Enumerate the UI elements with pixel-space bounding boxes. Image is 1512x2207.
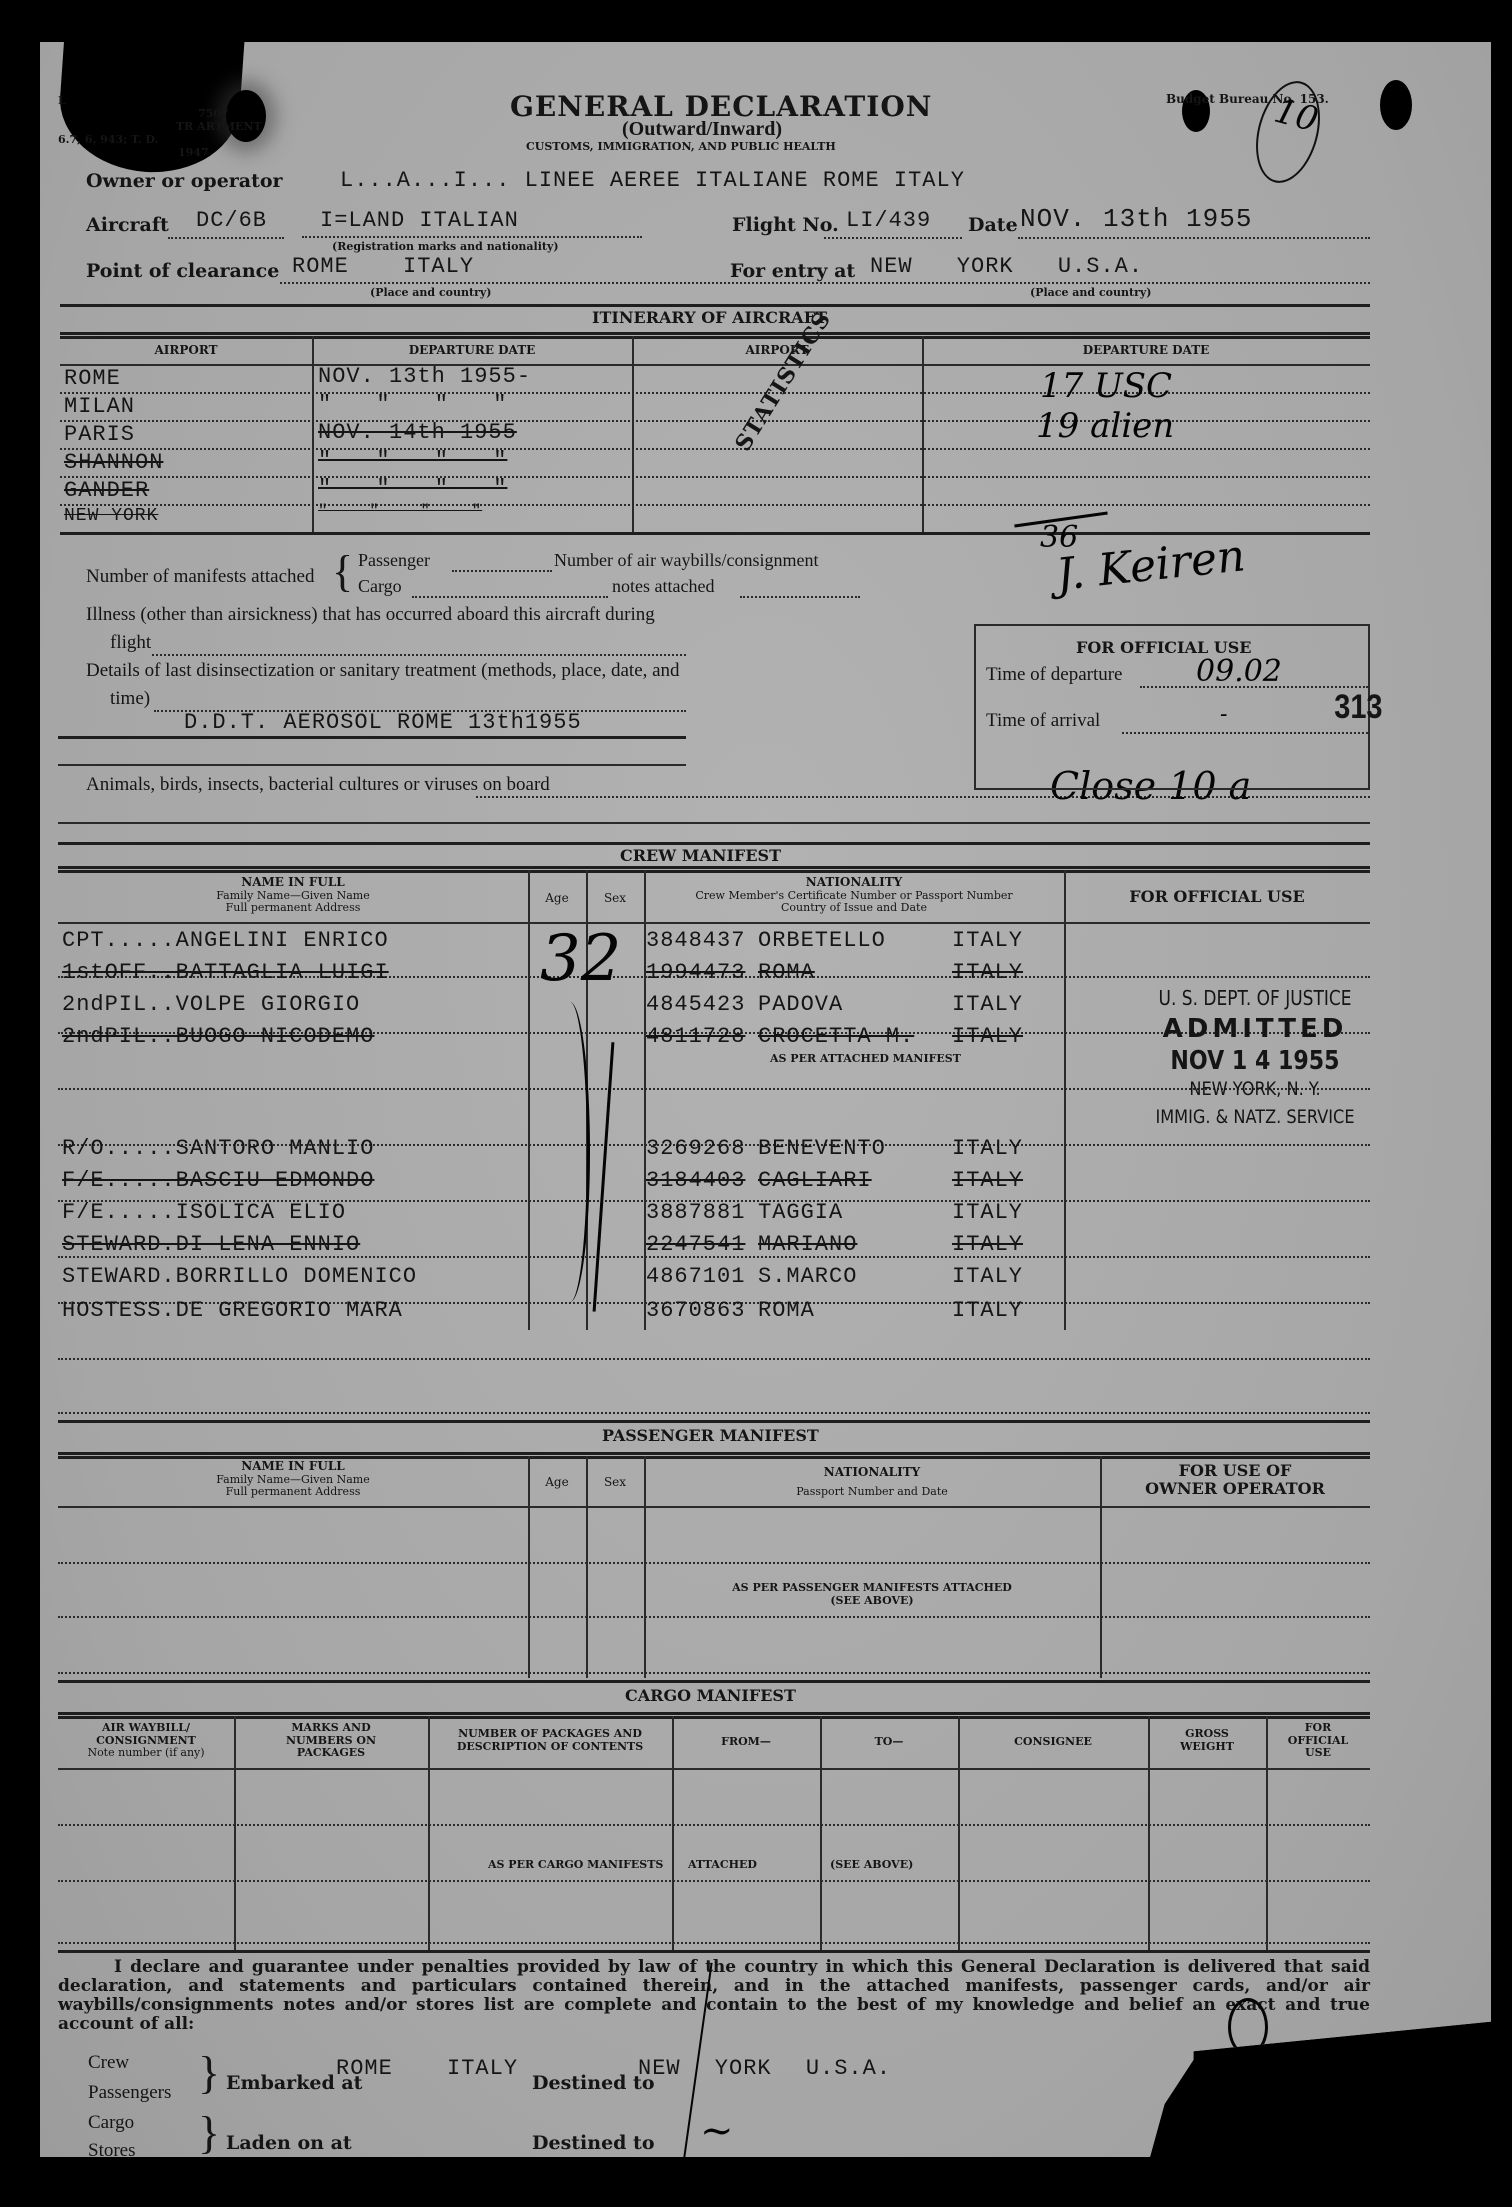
crew-manifest-title: CREW MANIFEST [620, 846, 781, 865]
crew-place: ORBETELLO [758, 928, 886, 953]
crew-place: ROMA [758, 960, 815, 985]
aircraft-registration: I=LAND ITALIAN [320, 208, 519, 233]
declaration-text: I declare and guarantee under penalties … [58, 1958, 1370, 2034]
pax-col-age: Age [528, 1476, 586, 1490]
clearance-value: ROME ITALY [292, 254, 474, 279]
signature-loop [1228, 1998, 1268, 2056]
crew-cert: 3887881 [646, 1200, 745, 1225]
decl-passengers-label: Passengers [88, 2082, 171, 2104]
date-label: Date [968, 214, 1018, 236]
aircraft-label: Aircraft [86, 214, 169, 236]
crew-place: PADOVA [758, 992, 843, 1017]
itin-col-date-1: DEPARTURE DATE [312, 344, 632, 358]
itin-date: NOV. 14th 1955 [318, 420, 517, 445]
crew-country: ITALY [952, 1298, 1023, 1323]
crew-col-official: FOR OFFICIAL USE [1064, 888, 1370, 906]
itin-date: " " " " [318, 476, 507, 501]
crew-cert: 3269268 [646, 1136, 745, 1161]
itin-airport: GANDER [64, 478, 149, 503]
crew-country: ITALY [952, 1168, 1023, 1193]
manifests-notes-label: notes attached [612, 576, 714, 597]
decl-laden-label: Laden on at [226, 2132, 352, 2154]
cargo-note-to: (SEE ABOVE) [830, 1858, 913, 1871]
cargo-col-official: FOR OFFICIAL USE [1266, 1722, 1370, 1760]
pax-col-nationality: NATIONALITY Passport Number and Date [644, 1466, 1100, 1498]
crew-cert: 1994473 [646, 960, 745, 985]
itin-date: NOV. 13th 1955- [318, 364, 531, 389]
decl-cargo-label: Cargo [88, 2112, 134, 2134]
itin-date: " " " " [318, 502, 482, 520]
crew-name: STEWARD.DI LENA ENNIO [62, 1232, 360, 1257]
cargo-col-packages: NUMBER OF PACKAGES AND DESCRIPTION OF CO… [428, 1728, 672, 1753]
clearance-label: Point of clearance [86, 260, 279, 282]
itin-airport: PARIS [64, 422, 135, 447]
punch-hole [1380, 80, 1412, 130]
arrival-time-label: Time of arrival [986, 710, 1100, 732]
crew-col-sex: Sex [586, 892, 644, 906]
crew-name: 2ndPIL..BUOGO NICODEMO [62, 1024, 374, 1049]
crew-country: ITALY [952, 960, 1023, 985]
pax-attached-note: AS PER PASSENGER MANIFESTS ATTACHED (SEE… [644, 1582, 1100, 1607]
date-value: NOV. 13th 1955 [1020, 204, 1252, 234]
document-page: L 7507 TR ARTMENT 6.7, 6. 943; T. D. 194… [40, 42, 1491, 2157]
pax-col-owner: FOR USE OF OWNER OPERATOR [1100, 1462, 1370, 1499]
crew-name: 2ndPIL..VOLPE GIORGIO [62, 992, 360, 1017]
cargo-col-consignee: CONSIGNEE [958, 1736, 1148, 1749]
pax-col-name: NAME IN FULL Family Name—Given Name Full… [58, 1460, 528, 1499]
crew-name: HOSTESS.DE GREGORIO MARA [62, 1298, 403, 1323]
crew-place: BENEVENTO [758, 1136, 886, 1161]
itinerary-title: ITINERARY OF AIRCRAFT [592, 308, 827, 327]
owner-label: Owner or operator [86, 170, 283, 192]
crew-col-age: Age [528, 892, 586, 906]
decl-stores-label: Stores [88, 2140, 136, 2162]
crew-place: ROMA [758, 1298, 815, 1323]
disinsect-label: Details of last disinsectization or sani… [86, 660, 680, 682]
form-reference: L 7507 TR ARTMENT 6.7, 6. 943; T. D. 194… [58, 94, 262, 159]
itin-col-airport-2: AIRPORT [632, 344, 922, 358]
clearance-caption: (Place and country) [370, 286, 491, 299]
crew-col-nationality: NATIONALITY Crew Member's Certificate Nu… [644, 876, 1064, 915]
crew-cert: 4867101 [646, 1264, 745, 1289]
itin-airport: SHANNON [64, 450, 163, 475]
itin-airport: ROME [64, 366, 121, 391]
cargo-col-to: TO— [820, 1736, 958, 1749]
crew-place: CROCETTA M. [758, 1024, 914, 1049]
crew-col-name: NAME IN FULL Family Name—Given Name Full… [58, 876, 528, 915]
flight-label: Flight No. [732, 214, 839, 236]
crew-country: ITALY [952, 1232, 1023, 1257]
manifests-cargo-label: Cargo [358, 576, 402, 597]
crew-cert: 4845423 [646, 992, 745, 1017]
crew-country: ITALY [952, 1136, 1023, 1161]
entry-label: For entry at [730, 260, 855, 282]
illness-label-2: flight [110, 632, 151, 654]
crew-cert: 3670863 [646, 1298, 745, 1323]
crew-name: F/E.....BASCIU EDMONDO [62, 1168, 374, 1193]
crew-name: CPT.....ANGELINI ENRICO [62, 928, 389, 953]
aircraft-type: DC/6B [196, 208, 267, 233]
handwritten-alien-count: 19 alien [1036, 406, 1174, 446]
crew-country: ITALY [952, 1024, 1023, 1049]
decl-destined-label: Destined to [532, 2072, 655, 2094]
illness-label: Illness (other than airsickness) that ha… [86, 604, 655, 626]
manifests-label: Number of manifests attached [86, 566, 314, 588]
handwritten-signature: J. Keiren [1054, 530, 1248, 601]
itin-airport: NEW YORK [64, 506, 158, 526]
itin-col-airport-1: AIRPORT [60, 344, 312, 358]
departure-time-value: 09.02 [1196, 654, 1282, 689]
cargo-col-weight: GROSS WEIGHT [1148, 1728, 1266, 1753]
entry-caption: (Place and country) [1030, 286, 1151, 299]
crew-cert: 3848437 [646, 928, 745, 953]
crew-place: TAGGIA [758, 1200, 843, 1225]
arrival-time-value: - [1220, 702, 1227, 727]
disinsect-label-2: time) [110, 688, 150, 710]
crew-attached-note: AS PER ATTACHED MANIFEST [770, 1052, 961, 1065]
manifests-waybills-label: Number of air waybills/consignment [554, 550, 818, 571]
crew-country: ITALY [952, 928, 1023, 953]
cargo-note-desc: AS PER CARGO MANIFESTS [488, 1858, 663, 1871]
itin-date: " " " " [318, 448, 507, 473]
form-subtitle: (Outward/Inward) [622, 118, 782, 141]
crew-name: STEWARD.BORRILLO DOMENICO [62, 1264, 417, 1289]
disinsect-value: D.D.T. AEROSOL ROME 13th1955 [184, 710, 582, 735]
itin-col-date-2: DEPARTURE DATE [922, 344, 1370, 358]
declaration-signature: ~ [700, 2108, 734, 2154]
registration-caption: (Registration marks and nationality) [332, 240, 559, 253]
crew-cert: 3184403 [646, 1168, 745, 1193]
crew-country: ITALY [952, 1264, 1023, 1289]
cargo-note-from: ATTACHED [688, 1858, 757, 1871]
cargo-manifest-title: CARGO MANIFEST [625, 1686, 796, 1705]
crew-place: CAGLIARI [758, 1168, 872, 1193]
crew-country: ITALY [952, 1200, 1023, 1225]
crew-place: S.MARCO [758, 1264, 857, 1289]
statistics-stamp: STATISTICS [730, 307, 837, 456]
owner-value: L...A...I... LINEE AEREE ITALIANE ROME I… [340, 168, 965, 193]
decl-destined2-label: Destined to [532, 2132, 655, 2154]
crew-name: R/O.....SANTORO MANLIO [62, 1136, 374, 1161]
crew-name: F/E.....ISOLICA ELIO [62, 1200, 346, 1225]
handwritten-usc-count: 17 USC [1040, 366, 1172, 406]
form-number: 313 [1334, 688, 1382, 727]
itin-airport: MILAN [64, 394, 135, 419]
cargo-col-from: FROM— [672, 1736, 820, 1749]
decl-embarked-value: ROME ITALY [336, 2056, 518, 2081]
manifests-passenger-label: Passenger [358, 550, 430, 571]
crew-name: 1stOFF..BATTAGLIA LUIGI [62, 960, 389, 985]
cargo-col-marks: MARKS AND NUMBERS ON PACKAGES [234, 1722, 428, 1760]
cargo-col-waybill: AIR WAYBILL/ CONSIGNMENT Note number (if… [58, 1722, 234, 1760]
flight-value: LI/439 [846, 208, 931, 233]
departure-time-label: Time of departure [986, 664, 1123, 686]
admitted-stamp: U. S. DEPT. OF JUSTICE ADMITTED NOV 1 4 … [1130, 986, 1380, 1128]
decl-crew-label: Crew [88, 2052, 129, 2074]
crew-country: ITALY [952, 992, 1023, 1017]
passenger-manifest-title: PASSENGER MANIFEST [602, 1426, 819, 1445]
crew-cert: 2247541 [646, 1232, 745, 1257]
form-sub-subtitle: CUSTOMS, IMMIGRATION, AND PUBLIC HEALTH [526, 140, 836, 153]
itin-date: " " " " [318, 392, 507, 417]
decl-destined-value: NEW YORK U.S.A. [638, 2056, 891, 2081]
pax-col-sex: Sex [586, 1476, 644, 1490]
handwritten-crew-count: 32 [540, 922, 621, 996]
animals-label: Animals, birds, insects, bacterial cultu… [86, 774, 550, 796]
entry-value: NEW YORK U.S.A. [870, 254, 1143, 279]
crew-place: MARIANO [758, 1232, 857, 1257]
crew-cert: 4811728 [646, 1024, 745, 1049]
